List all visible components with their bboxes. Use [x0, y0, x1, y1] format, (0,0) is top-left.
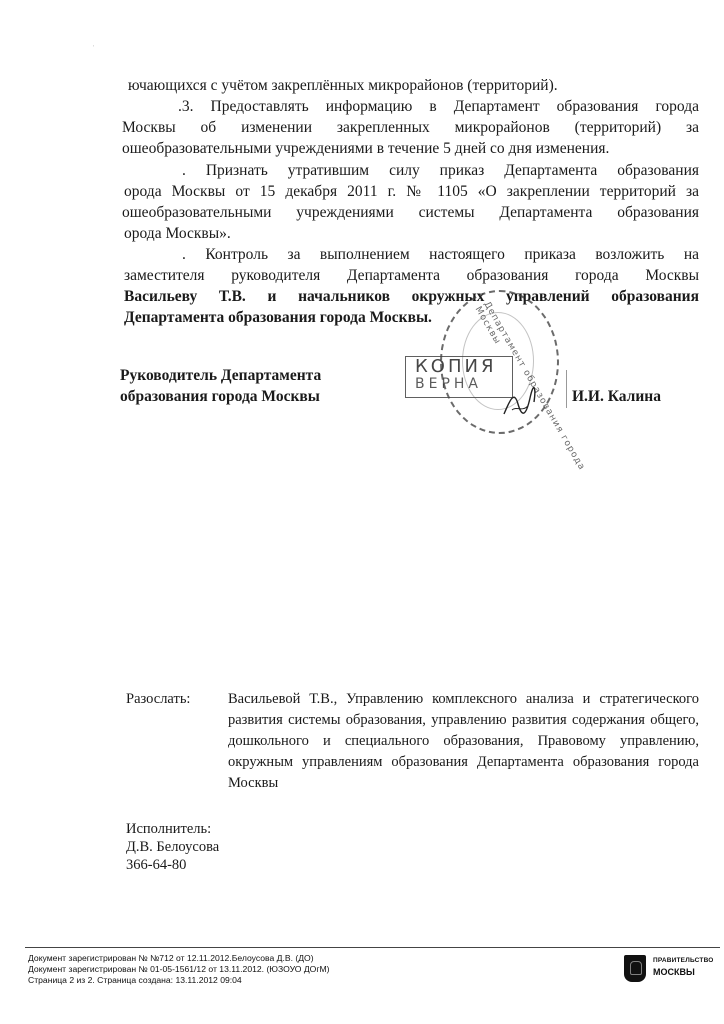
distribution-label: Разослать: [126, 690, 190, 709]
signatory-name: И.И. Калина [572, 387, 661, 406]
copy-stamp-word-2: ВЕРНА [415, 376, 482, 392]
footer-registration-1: Документ зарегистрирован № №712 от 12.11… [28, 953, 314, 964]
body-line-6: орода Москвы от 15 декабря 2011 г. № 110… [124, 182, 699, 201]
logo-government-label: ПРАВИТЕЛЬСТВО [653, 957, 714, 964]
executor-label: Исполнитель: [126, 820, 211, 839]
stamp-mark-line [566, 370, 567, 408]
logo-moscow-label: МОСКВЫ [653, 967, 695, 977]
body-line-7: ошеобразовательными учреждениями системы… [122, 203, 699, 222]
executor-phone: 366-64-80 [126, 856, 186, 875]
body-line-8: орода Москвы». [124, 224, 231, 243]
body-line-5: . Признать утратившим силу приказ Департ… [182, 161, 699, 180]
copy-stamp-word: КОПИЯ [415, 356, 496, 377]
signatory-title-line-2: образования города Москвы [120, 387, 320, 406]
signatory-title-line-1: Руководитель Департамента [120, 366, 321, 385]
body-line-2: .3. Предоставлять информацию в Департаме… [178, 97, 699, 116]
document-page: ˈ ючающихся с учётом закреплённых микрор… [0, 0, 724, 1024]
distribution-line-5: Москвы [228, 774, 278, 793]
body-line-10: заместителя руководителя Департамента об… [124, 266, 699, 285]
body-line-11: Васильеву Т.В. и начальников окружных уп… [124, 287, 699, 306]
footer-registration-2: Документ зарегистрирован № 01-05-1561/12… [28, 964, 329, 975]
scan-mark: ˈ [92, 44, 95, 53]
footer-divider [25, 947, 720, 948]
body-line-4: ошеобразовательными учреждениями в течен… [122, 139, 609, 158]
executor-name: Д.В. Белоусова [126, 838, 219, 857]
body-line-3: Москвы об изменении закрепленных микрора… [122, 118, 699, 137]
moscow-coat-of-arms-icon [624, 955, 646, 982]
distribution-line-4: окружным управлениям образования Департа… [228, 753, 699, 772]
distribution-line-2: развития системы образования, управлению… [228, 711, 699, 730]
distribution-line-3: дошкольного и специального образования, … [228, 732, 699, 751]
footer-page-info: Страница 2 из 2. Страница создана: 13.11… [28, 975, 242, 986]
body-line-1: ючающихся с учётом закреплённых микрорай… [128, 76, 558, 95]
distribution-line-1: Васильевой Т.В., Управлению комплексного… [228, 690, 699, 709]
body-line-9: . Контроль за выполнением настоящего при… [182, 245, 699, 264]
body-line-12: Департамента образования города Москвы. [124, 308, 432, 327]
handwritten-signature [500, 380, 540, 420]
